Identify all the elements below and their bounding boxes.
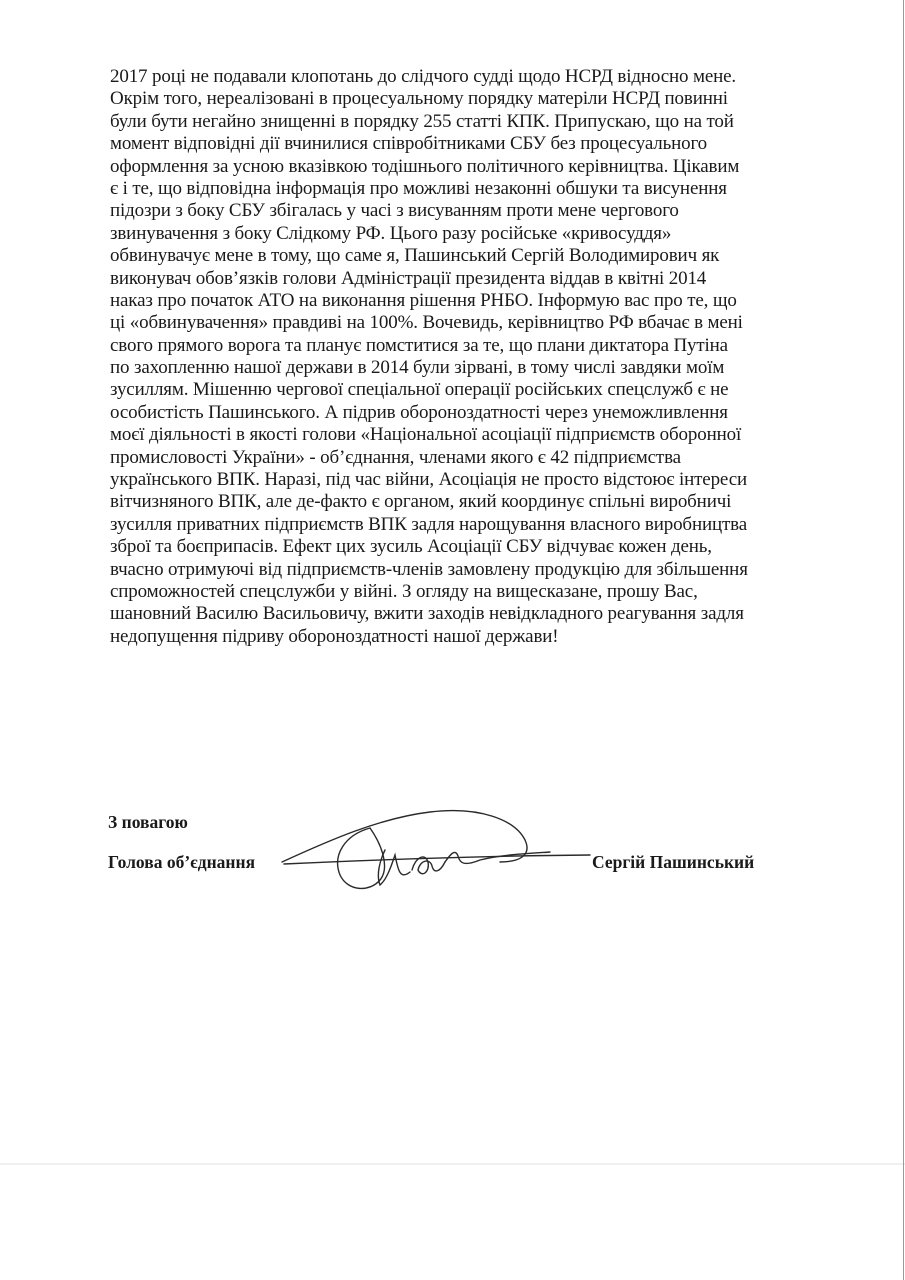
body-line: промисловості України» - об’єднання, чле… xyxy=(110,447,770,469)
signature-icon xyxy=(270,800,600,900)
page-divider xyxy=(0,1163,905,1165)
body-line: були бути негайно знищенні в порядку 255… xyxy=(110,111,770,133)
body-line: оформлення за усною вказівкою тодішнього… xyxy=(110,156,770,178)
document-page: 2017 році не подавали клопотань до слідч… xyxy=(0,0,905,1280)
body-line: Окрім того, нереалізовані в процесуально… xyxy=(110,88,770,110)
body-line: зброї та боєприпасів. Ефект цих зусиль А… xyxy=(110,536,770,558)
body-line: особистість Пашинського. А підрив оборон… xyxy=(110,402,770,424)
body-line: наказ про початок АТО на виконання рішен… xyxy=(110,290,770,312)
body-line: моєї діяльності в якості голови «Націона… xyxy=(110,424,770,446)
body-line: шановний Василю Васильовичу, вжити заход… xyxy=(110,603,770,625)
closing-salutation: З повагою xyxy=(108,812,188,833)
signer-name: Сергій Пашинський xyxy=(592,852,754,873)
letter-body: 2017 році не подавали клопотань до слідч… xyxy=(110,66,770,648)
body-line: підозри з боку СБУ збігалась у часі з ви… xyxy=(110,200,770,222)
body-line: виконувач обов’язків голови Адміністраці… xyxy=(110,268,770,290)
body-line: недопущення підриву обороноздатності наш… xyxy=(110,626,770,648)
page-edge xyxy=(903,0,904,1280)
body-line: обвинувачує мене в тому, що саме я, Паши… xyxy=(110,245,770,267)
body-line: ці «обвинувачення» правдиві на 100%. Воч… xyxy=(110,312,770,334)
body-line: звинувачення з боку Слідкому РФ. Цього р… xyxy=(110,223,770,245)
body-line: по захопленню нашої держави в 2014 були … xyxy=(110,357,770,379)
body-line: зусилля приватних підприємств ВПК задля … xyxy=(110,514,770,536)
signer-role: Голова об’єднання xyxy=(108,852,255,873)
body-line: українського ВПК. Наразі, під час війни,… xyxy=(110,469,770,491)
body-line: спроможностей спецслужби у війні. З огля… xyxy=(110,581,770,603)
body-line: свого прямого ворога та планує помститис… xyxy=(110,335,770,357)
body-line: зусиллям. Мішенню чергової спеціальної о… xyxy=(110,379,770,401)
body-line: вчасно отримуючі від підприємств-членів … xyxy=(110,559,770,581)
body-line: вітчизняного ВПК, але де-факто є органом… xyxy=(110,491,770,513)
body-line: 2017 році не подавали клопотань до слідч… xyxy=(110,66,770,88)
body-line: є і те, що відповідна інформація про мож… xyxy=(110,178,770,200)
body-line: момент відповідні дії вчинилися співробі… xyxy=(110,133,770,155)
